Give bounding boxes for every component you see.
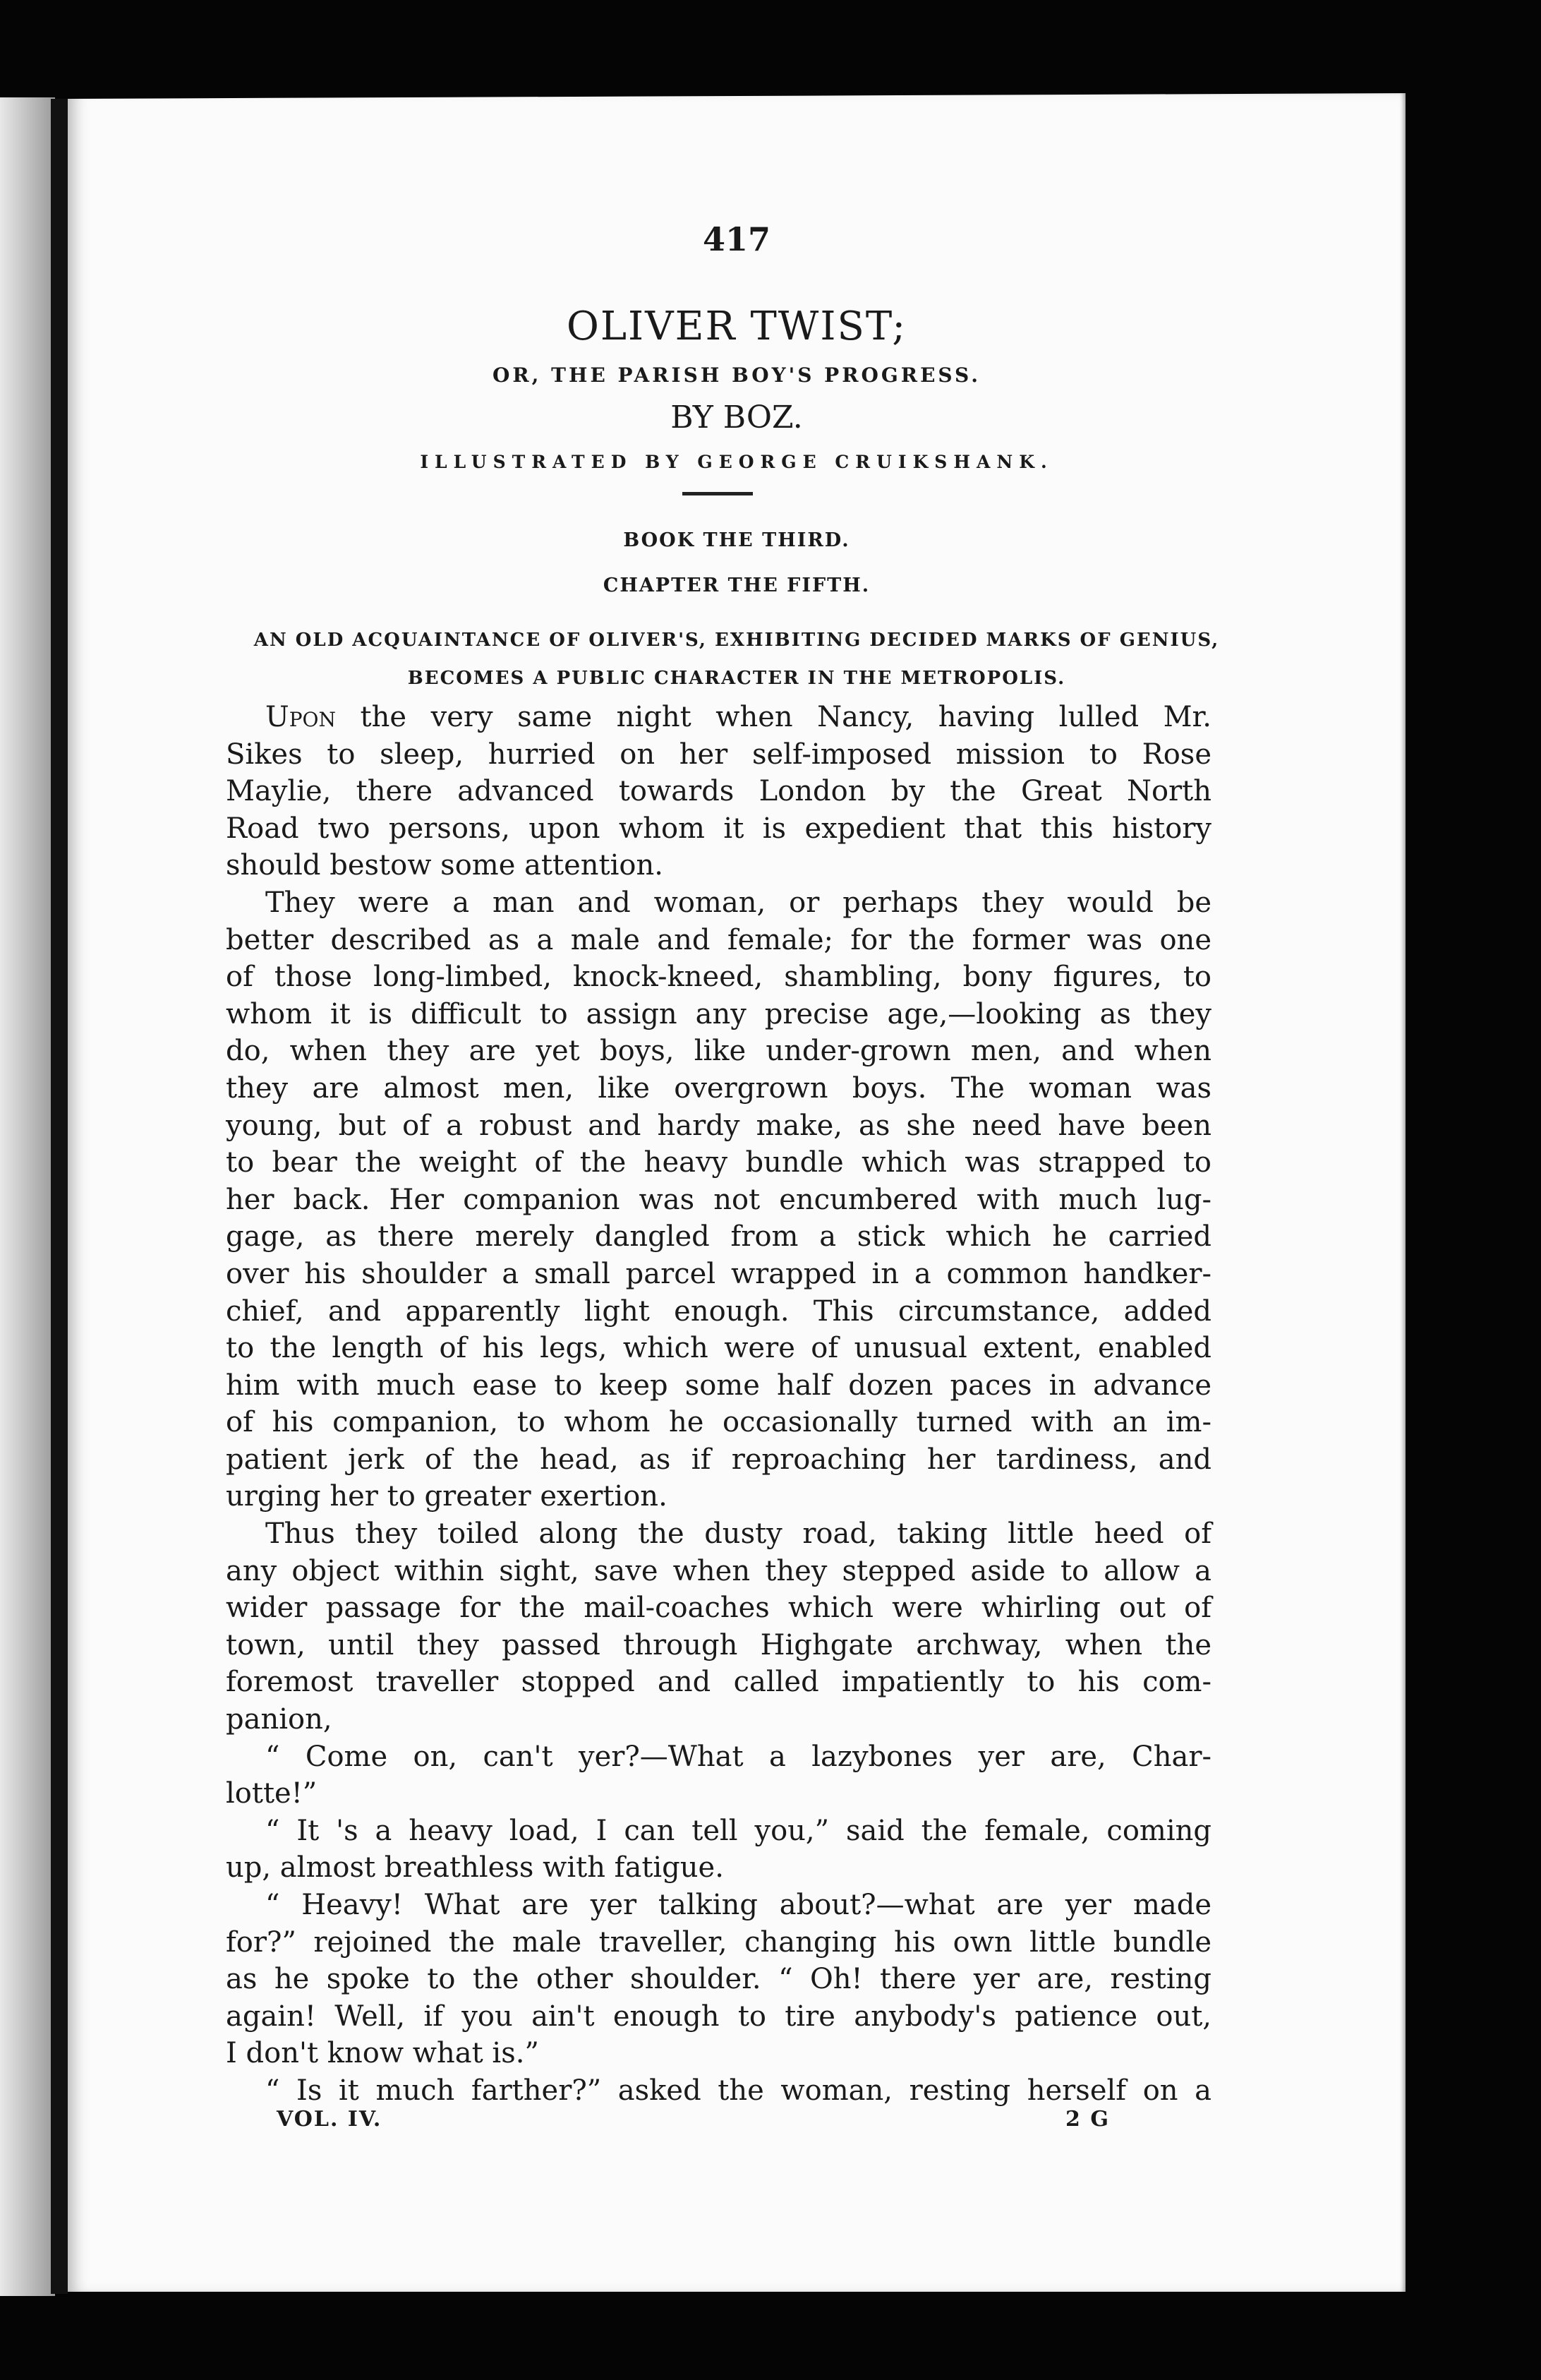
opening-word: Upon (265, 701, 336, 733)
text-line: “ Heavy! What are yer talking about?—wha… (226, 1887, 1211, 1924)
text-line: young, but of a robust and hardy make, a… (226, 1107, 1211, 1145)
text-line: I don't know what is.” (226, 2035, 1211, 2072)
body-text: Upon the very same night when Nancy, hav… (226, 699, 1211, 2110)
text-line: they are almost men, like overgrown boys… (226, 1070, 1211, 1107)
text-line: Road two persons, upon whom it is expedi… (226, 810, 1211, 848)
facing-page-edge (0, 97, 55, 2296)
text-line: of those long-limbed, knock-kneed, shamb… (226, 958, 1211, 996)
text-line: lotte!” (226, 1775, 1211, 1813)
author-line: BY BOZ. (68, 399, 1406, 435)
book-heading: BOOK THE THIRD. (68, 529, 1406, 551)
text-line: better described as a male and female; f… (226, 922, 1211, 959)
text-line: do, when they are yet boys, like under-g… (226, 1033, 1211, 1070)
text-line: “ It 's a heavy load, I can tell you,” s… (226, 1813, 1211, 1850)
text-line: Upon the very same night when Nancy, hav… (226, 699, 1211, 736)
illustrator-line: ILLUSTRATED BY GEORGE CRUIKSHANK. (68, 452, 1406, 472)
text-line: any object within sight, save when they … (226, 1553, 1211, 1590)
chapter-description-line: BECOMES A PUBLIC CHARACTER IN THE METROP… (68, 659, 1406, 697)
text-line: wider passage for the mail-coaches which… (226, 1589, 1211, 1627)
book-spine-gutter (51, 99, 68, 2294)
text-line: Sikes to sleep, hurried on her self-impo… (226, 736, 1211, 774)
title-rule-divider (682, 492, 753, 495)
text-line: town, until they passed through Highgate… (226, 1627, 1211, 1664)
text-line: of his companion, to whom he occasionall… (226, 1404, 1211, 1441)
text-line: Thus they toiled along the dusty road, t… (226, 1515, 1211, 1553)
book-title: OLIVER TWIST; (68, 303, 1406, 349)
text-line: “ Is it much farther?” asked the woman, … (226, 2072, 1211, 2110)
text-line: urging her to greater exertion. (226, 1478, 1211, 1515)
text-line: chief, and apparently light enough. This… (226, 1293, 1211, 1330)
text-line: Maylie, there advanced towards London by… (226, 773, 1211, 810)
chapter-description: AN OLD ACQUAINTANCE OF OLIVER'S, EXHIBIT… (68, 621, 1406, 697)
chapter-heading: CHAPTER THE FIFTH. (68, 575, 1406, 596)
text-line: foremost traveller stopped and called im… (226, 1664, 1211, 1701)
gathering-signature: 2 G (1065, 2107, 1110, 2132)
text-line: panion, (226, 1701, 1211, 1738)
text-line: should bestow some attention. (226, 847, 1211, 884)
text-line: over his shoulder a small parcel wrapped… (226, 1256, 1211, 1293)
chapter-description-line: AN OLD ACQUAINTANCE OF OLIVER'S, EXHIBIT… (68, 621, 1406, 659)
volume-signature: VOL. IV. (277, 2107, 382, 2132)
page-number: 417 (68, 220, 1406, 258)
text-line: again! Well, if you ain't enough to tire… (226, 1998, 1211, 2036)
text-line: for?” rejoined the male traveller, chang… (226, 1924, 1211, 1961)
text-line: to bear the weight of the heavy bundle w… (226, 1144, 1211, 1182)
text-line: as he spoke to the other shoulder. “ Oh!… (226, 1961, 1211, 1998)
text-line: patient jerk of the head, as if reproach… (226, 1441, 1211, 1479)
text-line: gage, as there merely dangled from a sti… (226, 1218, 1211, 1256)
text-line: to the length of his legs, which were of… (226, 1330, 1211, 1367)
text-line: They were a man and woman, or perhaps th… (226, 884, 1211, 922)
text-line: “ Come on, can't yer?—What a lazybones y… (226, 1738, 1211, 1776)
book-subtitle: OR, THE PARISH BOY'S PROGRESS. (68, 363, 1406, 387)
text-line: whom it is difficult to assign any preci… (226, 996, 1211, 1033)
text-line: him with much ease to keep some half doz… (226, 1367, 1211, 1405)
text-line: her back. Her companion was not encumber… (226, 1182, 1211, 1219)
text-line: up, almost breathless with fatigue. (226, 1849, 1211, 1887)
